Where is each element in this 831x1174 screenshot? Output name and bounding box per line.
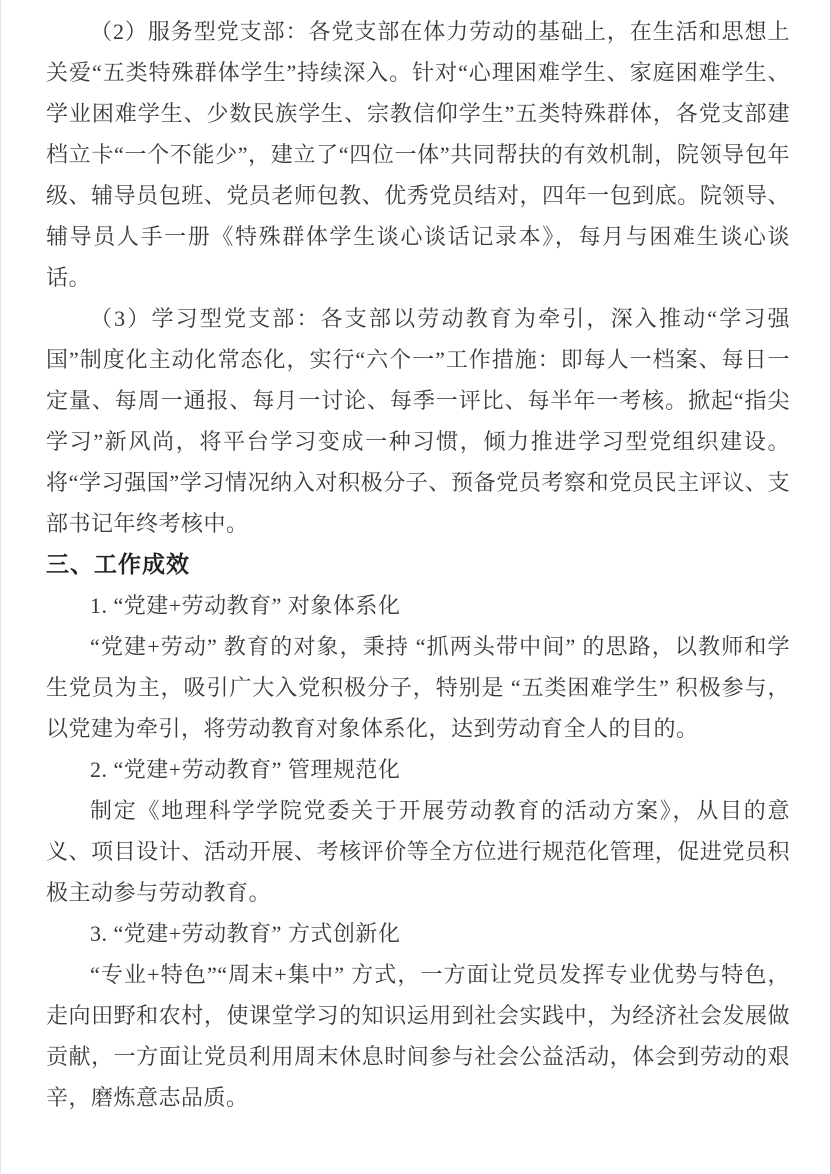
paragraph: （3）学习型党支部：各支部以劳动教育为牵引，深入推动“学习强国”制度化主动化常态… bbox=[46, 298, 790, 544]
section-heading: 三、工作成效 bbox=[46, 544, 790, 585]
sub-heading: 2. “党建+劳动教育” 管理规范化 bbox=[46, 749, 790, 790]
paragraph: （2）服务型党支部：各党支部在体力劳动的基础上，在生活和思想上关爱“五类特殊群体… bbox=[46, 11, 790, 298]
document-page: （2）服务型党支部：各党支部在体力劳动的基础上，在生活和思想上关爱“五类特殊群体… bbox=[0, 0, 831, 1174]
paragraph: 制定《地理科学学院党委关于开展劳动教育的活动方案》，从目的意义、项目设计、活动开… bbox=[46, 790, 790, 913]
document-body: （2）服务型党支部：各党支部在体力劳动的基础上，在生活和思想上关爱“五类特殊群体… bbox=[46, 11, 790, 1118]
sub-heading: 3. “党建+劳动教育” 方式创新化 bbox=[46, 913, 790, 954]
sub-heading: 1. “党建+劳动教育” 对象体系化 bbox=[46, 585, 790, 626]
paragraph: “专业+特色”“周末+集中” 方式，一方面让党员发挥专业优势与特色，走向田野和农… bbox=[46, 954, 790, 1118]
paragraph: “党建+劳动” 教育的对象，秉持 “抓两头带中间” 的思路，以教师和学生党员为主… bbox=[46, 626, 790, 749]
